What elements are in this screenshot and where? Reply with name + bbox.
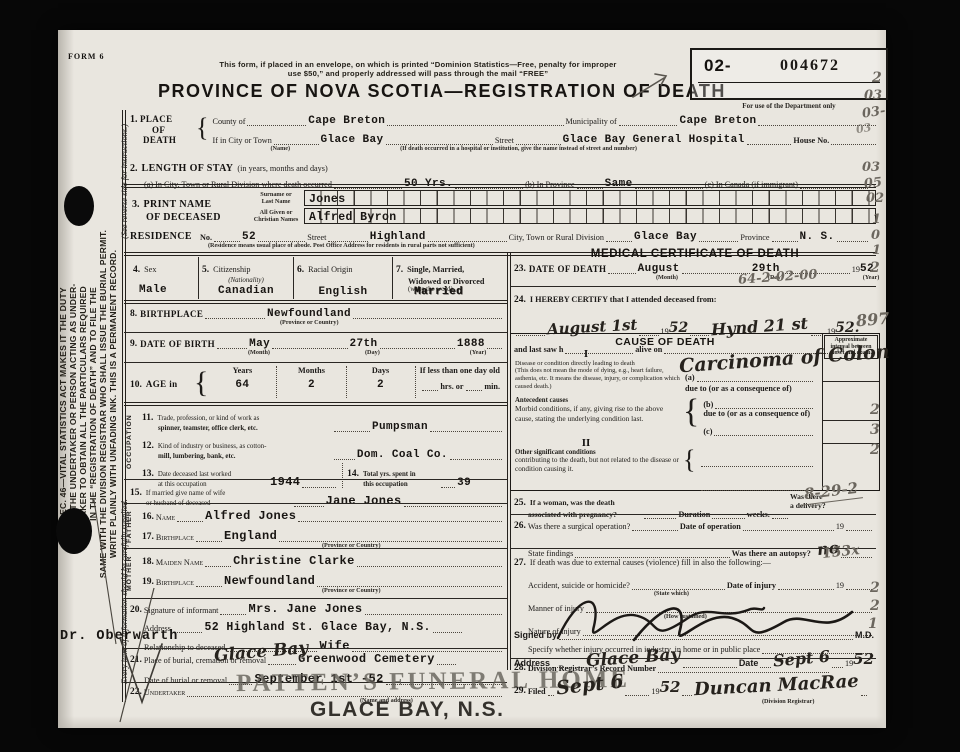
dod-year-pre: 19 — [852, 265, 860, 274]
house-no-label: House No. — [793, 136, 829, 145]
racial-origin-value: English — [297, 286, 389, 298]
s8-num: 8. — [130, 309, 137, 319]
cause-p2b: Morbid conditions, if any, giving rise t… — [515, 404, 683, 423]
given-names-grid: Alfred Byron — [304, 208, 876, 224]
dotted-leader — [772, 230, 798, 242]
filed-year-handwriting: 52 — [660, 678, 681, 696]
father-birthplace-value: England — [224, 529, 277, 543]
marital-label-1: Single, Married, — [407, 265, 464, 274]
residence-city-label: City, Town or Rural Division — [509, 233, 604, 242]
s12-label-2: mill, lumbering, bank, etc. — [158, 453, 332, 460]
s10-num: 10. — [130, 380, 142, 390]
dotted-leader — [177, 510, 203, 522]
s13-label-1: Date deceased last worked — [158, 471, 231, 478]
divider — [510, 658, 876, 659]
section-date-of-death: 23. DATE OF DEATH August 29th 19 52 (Mon… — [514, 262, 874, 281]
dotted-leader — [334, 448, 355, 460]
marital-label-2: Widowed or Divorced — [408, 277, 504, 286]
divider — [124, 402, 507, 406]
county-label: County of — [212, 117, 245, 126]
dotted-leader — [357, 555, 502, 567]
dotted-leader — [294, 495, 324, 507]
s2-paren: (in years, months and days) — [237, 164, 327, 173]
divider — [124, 648, 507, 649]
dotted-leader — [606, 230, 632, 242]
divider — [124, 362, 507, 363]
age-days-value: 2 — [347, 379, 415, 391]
dotted-leader — [699, 230, 738, 242]
dotted-leader — [214, 230, 240, 242]
given-names-label-2: Christian Names — [248, 216, 304, 223]
s14-num: 14. — [347, 469, 359, 479]
s6-num: 6. — [297, 265, 304, 275]
given-names-value: Alfred Byron — [309, 211, 397, 224]
residence-label: RESIDENCE — [130, 231, 192, 242]
dob-year: 1888 — [457, 338, 485, 350]
s12-label-1: Kind of industry or business, as cotton- — [158, 443, 267, 450]
s5-num: 5. — [202, 265, 209, 275]
s11-label-2: spinner, teamster, office clerk, etc. — [158, 425, 332, 432]
dotted-leader — [205, 307, 265, 319]
cause-p1a: Disease or condition directly leading to… — [515, 360, 683, 367]
filed-label: Filed — [528, 687, 546, 696]
certificate-paper: FORM 6 SEC. 46—VITAL STATISTICS ACT MAKE… — [58, 30, 886, 728]
margin-note: 1 — [872, 243, 881, 258]
dotted-leader — [831, 133, 876, 145]
cause-p2a: Antecedent causes — [515, 397, 683, 404]
divider — [124, 332, 507, 333]
section-place-of-death: 1. PLACE OF DEATH { County of Cape Breto… — [130, 114, 878, 152]
margin-note: 0 — [871, 228, 880, 243]
margin-note: 2 — [870, 442, 880, 458]
marital-value: Married — [414, 286, 504, 298]
dotted-leader — [279, 530, 502, 542]
cause-c-label: (c) — [703, 427, 712, 436]
municipality-value: Cape Breton — [679, 115, 756, 127]
occupation-value: Pumpsman — [372, 421, 428, 433]
birthplace-label: BIRTHPLACE — [140, 309, 203, 319]
margin-note: 1 — [872, 212, 881, 227]
s14-label-1: Total yrs. spent in — [363, 471, 416, 478]
filed-date-handwriting: Sept 6 — [555, 671, 625, 700]
interval-rule — [823, 420, 879, 421]
dob-day-caption: (Day) — [365, 349, 380, 356]
dod-label: DATE OF DEATH — [529, 264, 607, 274]
divider — [510, 514, 876, 515]
informant-value: Mrs. Jane Jones — [248, 602, 362, 616]
margin-note: 2 — [870, 598, 880, 614]
cause-a-dueto: due to (or as a consequence of) — [685, 384, 815, 393]
injury-pre: 19 — [836, 581, 844, 590]
dotted-leader — [380, 337, 455, 349]
occupation-vertical-label: OCCUPATION — [126, 406, 133, 478]
dotted-leader — [217, 337, 247, 349]
filed-year-pre: 19 — [651, 687, 659, 696]
residence-province-label: Province — [740, 233, 769, 242]
pencil-arrow-annotation — [630, 70, 672, 100]
dotted-leader — [846, 519, 872, 531]
registration-number-box: 02- 004672 For use of the Department onl… — [690, 48, 888, 110]
record-number-label: Division Registrar’s Record Number — [528, 664, 656, 673]
registration-prefix: 02- — [704, 56, 732, 76]
margin-note: 3 — [870, 422, 880, 438]
father-birthplace-label: Birthplace — [156, 533, 194, 542]
certify-label: I HEREBY CERTIFY that I attended decease… — [530, 295, 717, 304]
city-town-value: Glace Bay — [321, 134, 384, 146]
s15-num: 15. — [130, 488, 142, 498]
street-value: Glace Bay General Hospital — [563, 134, 745, 146]
s3-num: 3. — [132, 199, 140, 210]
dotted-leader — [428, 230, 507, 242]
dotted-leader — [644, 507, 676, 519]
county-value: Cape Breton — [308, 115, 385, 127]
demographics-row: 4. Sex Male 5. Citizenship (Nationality)… — [130, 257, 507, 299]
dotted-leader — [220, 603, 246, 615]
dotted-leader — [404, 495, 502, 507]
dotted-leader — [846, 578, 872, 590]
section-age: 10. AGE in { Years 64 Months 2 Days 2 If… — [130, 366, 504, 398]
s7-num: 7. — [396, 265, 403, 275]
s26-num: 26. — [514, 521, 526, 531]
surname-grid: Jones — [304, 190, 876, 206]
cause-roman-2: II — [511, 437, 661, 449]
section-birthplace: 8. BIRTHPLACE Newfoundland (Province or … — [130, 307, 504, 326]
sex-label: Sex — [144, 265, 156, 274]
s2-label: LENGTH OF STAY — [142, 163, 234, 174]
dotted-leader — [450, 448, 502, 460]
margin-note: 03- — [861, 103, 886, 121]
regbox-rule — [698, 82, 880, 83]
funeral-home-stamp-line2: GLACE BAY, N.S. — [310, 698, 504, 722]
dotted-leader — [861, 684, 867, 696]
s2-num: 2. — [130, 163, 138, 174]
cause-brace-2: { — [683, 447, 695, 493]
regbox-caption: For use of the Department only — [690, 102, 888, 110]
father-name-value: Alfred Jones — [205, 509, 296, 523]
dotted-leader — [712, 507, 744, 519]
s25-label-1: If a woman, was the death — [530, 498, 615, 507]
dotted-leader — [387, 114, 563, 126]
age-years-value: 64 — [208, 379, 276, 391]
spouse-value: Jane Jones — [326, 494, 402, 508]
section-father: 16. Name Alfred Jones 17. Birthplace Eng… — [142, 508, 504, 549]
mother-birthplace-caption: (Province or Country) — [322, 587, 504, 594]
margin-note: 2 — [870, 402, 880, 418]
margin-note: 02 — [866, 191, 884, 206]
margin-note: 03 — [855, 121, 872, 136]
divider — [124, 598, 507, 599]
operation-date-label: Date of operation — [680, 522, 741, 531]
mother-maiden-label: Maiden Name — [156, 558, 203, 567]
section-informant: 20. Signature of informant Mrs. Jane Jon… — [130, 601, 504, 652]
age-label: AGE in — [146, 379, 178, 389]
s1-label-1: PLACE — [140, 114, 173, 124]
dotted-leader — [714, 424, 813, 436]
residence-street-value: Highland — [370, 231, 426, 243]
residence-no-label: No. — [200, 233, 212, 242]
dotted-leader — [625, 684, 649, 696]
divider — [124, 479, 507, 480]
dotted-leader — [334, 420, 370, 432]
age-days-label: Days — [347, 366, 415, 375]
cause-p3a: Other significant conditions — [515, 449, 683, 456]
informant-address-value: 52 Highland St. Glace Bay, N.S. — [204, 621, 430, 634]
dob-year-caption: (Year) — [470, 349, 487, 356]
dotted-leader — [272, 337, 347, 349]
city-town-label: If in City or Town — [212, 136, 271, 145]
dotted-leader — [196, 530, 222, 542]
header: This form, if placed in an envelope, on … — [158, 60, 678, 102]
s13-num: 13. — [142, 469, 154, 479]
dotted-leader — [365, 603, 503, 615]
margin-note: 03 — [862, 160, 880, 175]
s18-num: 18. — [142, 557, 154, 567]
age-hrs-label: hrs. or — [440, 382, 463, 391]
margin-note: 05 — [863, 175, 883, 192]
section-record-number: 28. Division Registrar’s Record Number — [514, 661, 874, 673]
mother-birthplace-value: Newfoundland — [224, 574, 315, 588]
cause-p3b: contributing to the death, but not relat… — [515, 456, 683, 474]
section-residence: RESIDENCE No. 52 Street Highland City, T… — [130, 230, 870, 249]
surname-label-1: Surname or — [248, 191, 304, 198]
s3-label-2: OF DECEASED — [146, 212, 221, 223]
form-number: FORM 6 — [68, 52, 104, 61]
dotted-leader — [353, 307, 502, 319]
dotted-leader — [608, 262, 635, 274]
margin-note: 03 — [864, 88, 882, 103]
birthplace-value: Newfoundland — [267, 308, 351, 320]
father-vertical-label: FATHER — [126, 507, 133, 547]
operation-label: Was there a surgical operation? — [528, 522, 630, 531]
s28-num: 28. — [514, 663, 526, 673]
cause-p1b: (This does not mean the mode of dying, e… — [515, 367, 683, 391]
cause-of-death-box: Approximate interval between onset and d… — [510, 333, 880, 491]
dotted-leader — [701, 479, 813, 491]
dotted-leader — [317, 575, 502, 587]
registrar-signature-handwriting: Duncan MacRae — [694, 671, 860, 701]
stray-line — [114, 586, 158, 726]
citizenship-value: Canadian — [202, 285, 290, 297]
s4-num: 4. — [133, 265, 140, 275]
dotted-leader — [619, 114, 678, 126]
dob-label: DATE OF BIRTH — [140, 339, 215, 349]
age-years-label: Years — [208, 366, 276, 375]
s1-num: 1. — [130, 114, 138, 125]
divider — [510, 286, 876, 287]
dob-month-caption: (Month) — [248, 349, 270, 356]
surname-label-2: Last Name — [248, 198, 304, 205]
s11-label-1: Trade, profession, or kind of work as — [157, 415, 259, 422]
dotted-leader — [772, 507, 788, 519]
surname-value: Jones — [309, 193, 346, 206]
dotted-leader — [548, 684, 554, 696]
section-mother: 18. Maiden Name Christine Clarke 19. Bir… — [142, 553, 504, 594]
mother-birthplace-label: Birthplace — [156, 578, 194, 587]
dotted-leader — [433, 621, 463, 633]
operation-pre: 19 — [836, 522, 844, 531]
dotted-leader — [466, 379, 483, 391]
s11-num: 11. — [142, 413, 153, 423]
s25-num: 25. — [514, 498, 526, 508]
dotted-leader — [328, 230, 367, 242]
industry-value: Dom. Coal Co. — [357, 449, 448, 461]
dotted-leader — [247, 114, 306, 126]
margin-note: 2 — [870, 580, 880, 596]
s17-num: 17. — [142, 532, 154, 542]
dotted-leader — [258, 230, 305, 242]
dotted-leader — [743, 519, 834, 531]
dob-day: 27th — [350, 338, 378, 350]
margin-note: 2 — [870, 260, 880, 276]
s23-num: 23. — [514, 264, 526, 274]
dod-month-caption: (Month) — [656, 274, 678, 281]
cause-title: CAUSE OF DEATH — [511, 336, 819, 348]
age-min-label: min. — [484, 382, 500, 391]
margin-note: 1 — [868, 616, 878, 632]
ink-signature-signed-by — [628, 596, 858, 650]
punch-hole — [56, 508, 92, 554]
page-title: PROVINCE OF NOVA SCOTIA—REGISTRATION OF … — [158, 81, 678, 102]
s12-num: 12. — [142, 441, 154, 451]
street-label: Street — [495, 136, 514, 145]
residence-street-label: Street — [307, 233, 326, 242]
municipality-label: Municipality of — [566, 117, 617, 126]
punch-hole — [64, 186, 94, 226]
section-filed: 29. Filed Sept 6 19 52 Duncan MacRae (Di… — [514, 674, 874, 705]
division-registrar-caption: (Division Registrar) — [762, 698, 874, 705]
margin-note: 897 — [855, 309, 890, 331]
age-months-label: Months — [277, 366, 345, 375]
dotted-leader — [682, 684, 692, 696]
s27-num: 27. — [514, 558, 526, 568]
given-names-label-1: All Given or — [248, 209, 304, 216]
dotted-leader — [715, 397, 813, 409]
sex-value: Male — [139, 284, 195, 296]
residence-city-value: Glace Bay — [634, 231, 697, 243]
dotted-leader — [430, 420, 502, 432]
interval-rule — [823, 381, 879, 382]
dotted-leader — [837, 230, 869, 242]
dotted-leader — [422, 379, 439, 391]
residence-province-value: N. S. — [800, 231, 835, 243]
cause-roman-1: I — [511, 348, 661, 360]
divider — [124, 300, 507, 304]
dotted-leader — [437, 653, 456, 665]
name-caption: (Name) — [270, 145, 290, 152]
birthplace-caption: (Province or Country) — [280, 319, 504, 326]
mail-note-line2: use $50,” and properly addressed will pa… — [158, 69, 678, 78]
divider — [124, 503, 507, 504]
s24-num: 24. — [514, 295, 526, 305]
racial-origin-label: Racial Origin — [308, 265, 352, 274]
s15-label-1: If married give name of wife — [146, 490, 225, 497]
dotted-leader — [386, 133, 493, 145]
divider — [124, 548, 507, 549]
dotted-leader — [205, 555, 231, 567]
s16-num: 16. — [142, 512, 154, 522]
dotted-leader — [632, 519, 678, 531]
dotted-leader — [516, 133, 561, 145]
cause-brace: { — [683, 395, 699, 436]
dod-month: August — [638, 263, 680, 275]
age-months-value: 2 — [277, 379, 345, 391]
external-label: If death was due to external causes (vio… — [530, 558, 771, 567]
dotted-leader — [778, 578, 834, 590]
s29-num: 29. — [514, 686, 526, 696]
age-less-label: If less than one day old — [416, 366, 504, 375]
residence-no-value: 52 — [242, 231, 256, 243]
burial-place-value: Greenwood Cemetery — [298, 652, 435, 666]
s1-label-3: DEATH — [143, 135, 196, 145]
s1-label-2: OF — [152, 125, 196, 135]
dotted-leader — [701, 455, 813, 467]
registration-number: 004672 — [780, 57, 840, 75]
s9-num: 9. — [130, 339, 137, 349]
citizenship-label: Citizenship — [213, 265, 250, 274]
divider — [124, 184, 876, 188]
dotted-leader — [274, 133, 319, 145]
stray-line-2 — [90, 498, 120, 648]
margin-note: 2 — [872, 70, 882, 86]
dotted-leader — [196, 575, 222, 587]
mother-maiden-value: Christine Clarke — [233, 554, 355, 568]
age-brace: { — [194, 368, 208, 398]
dotted-leader — [487, 337, 502, 349]
hospital-caption: (If death occurred in a hospital or inst… — [400, 145, 637, 152]
scanned-death-certificate: FORM 6 SEC. 46—VITAL STATISTICS ACT MAKE… — [0, 0, 960, 752]
section-date-of-birth: 9. DATE OF BIRTH May 27th 1888 (Month) (… — [130, 337, 504, 356]
mail-note-line1: This form, if placed in an envelope, on … — [158, 60, 678, 69]
citizenship-paren: (Nationality) — [202, 277, 290, 284]
dotted-leader — [658, 661, 829, 673]
dotted-leader — [298, 510, 502, 522]
cause-b-dueto: due to (or as a consequence of) — [703, 409, 815, 418]
father-name-label: Name — [156, 513, 175, 522]
medical-certificate-title: MEDICAL CERTIFICATE OF DEATH — [512, 248, 878, 260]
cause-b-label: (b) — [703, 400, 713, 409]
section-occupation: 11. Trade, profession, or kind of work a… — [142, 407, 504, 488]
signed-by-label: Signed by — [514, 630, 557, 640]
s3-label-1: PRINT NAME — [144, 199, 212, 210]
s1-brace: { — [196, 115, 208, 152]
dotted-leader — [747, 133, 792, 145]
dob-month: May — [249, 338, 270, 350]
